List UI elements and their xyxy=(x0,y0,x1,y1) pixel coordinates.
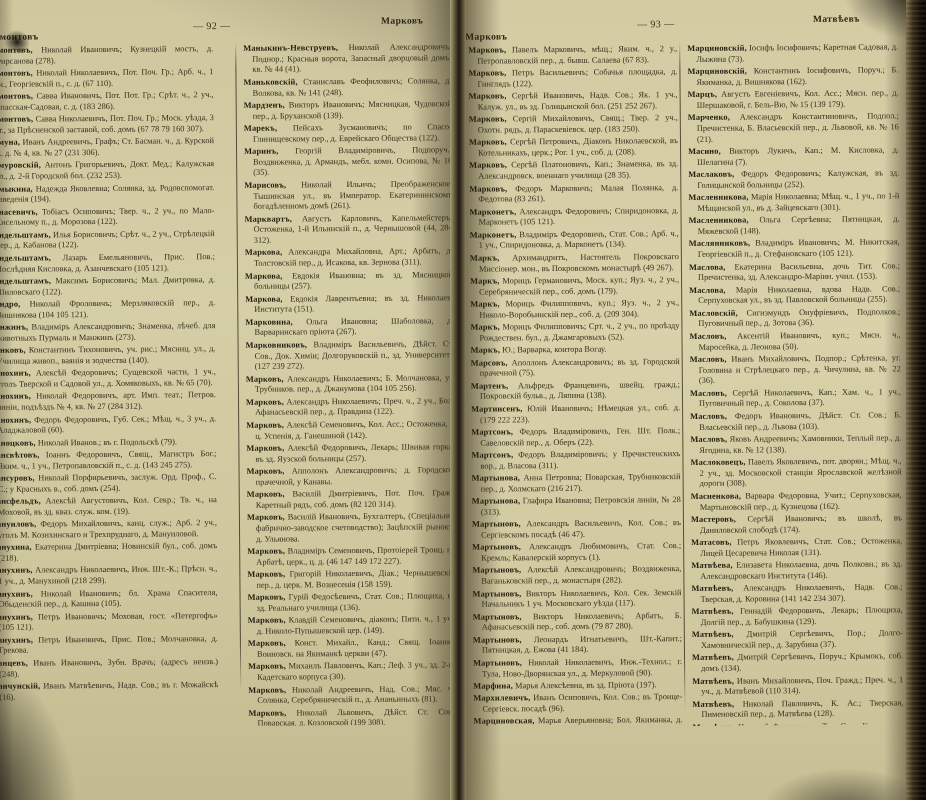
entry-details: Федоръ Ивановичъ, Дѣйст. Ст. Сов.; Б. Вл… xyxy=(699,410,901,431)
directory-entry: Мартыновъ, Викторъ Николаевичъ; Арбатъ, … xyxy=(473,611,682,634)
entry-surname: Мартыновъ, xyxy=(473,612,522,621)
directory-entry: Манухина, Екатерина Дмитріевна; Новинскі… xyxy=(0,541,217,564)
entry-surname: Манухинъ, xyxy=(0,612,33,621)
directory-entry: Мамыкина, Надежда Яковлевна; Солянка, зд… xyxy=(0,183,214,206)
directory-entry: Марковъ, Михаилъ Павловичъ, Кап.; Леф. 3… xyxy=(248,661,452,684)
entry-surname: Маньковскій, xyxy=(243,77,297,86)
entry-surname: Мартсонъ, xyxy=(471,450,513,459)
entry-surname: Матвѣевъ, xyxy=(692,653,734,662)
directory-entry: Матвѣевъ, Геннадій Федоровичъ, Лекарь; П… xyxy=(692,606,903,629)
directory-entry: Маслова, Екатерина Васильевна, дочь Тит.… xyxy=(689,261,900,284)
directory-entry: Марквартъ, Августъ Карловичъ, Капельмейс… xyxy=(245,213,452,247)
entry-details: Александра Михайловна, Арт.; Арбатъ, д. … xyxy=(254,247,452,268)
entry-details: Екатерина Дмитріевна; Новинскій бул., со… xyxy=(0,541,217,562)
entry-surname: Мамонтовъ, xyxy=(0,92,33,101)
entry-surname: Марковъ, xyxy=(468,45,506,54)
entry-surname: Марковъ, xyxy=(247,490,285,499)
directory-entry: Мартыновъ, Николай Николаевичъ, Инж.-Тех… xyxy=(473,657,682,680)
directory-entry: Мартынова, Глафира Ивановна; Петровскія … xyxy=(472,495,681,518)
entry-surname: Маркъ, xyxy=(470,253,500,262)
entry-surname: Маркъ, xyxy=(470,323,500,332)
entry-surname: Матвѣевъ, xyxy=(693,722,735,726)
entry-surname: Мартыновъ, xyxy=(472,520,521,529)
entry-surname: Марковъ, xyxy=(247,513,285,522)
entry-surname: Мартынова, xyxy=(472,496,520,505)
entry-surname: Марциновскій, xyxy=(687,67,747,76)
entry-surname: Манохинъ, xyxy=(0,415,31,424)
directory-entry: Марекъ, Пейсахъ Зусмановичъ; по Спасо-Гл… xyxy=(244,122,452,145)
entry-surname: Маркъ, xyxy=(470,299,500,308)
page-number-left: — 92 — xyxy=(193,21,230,32)
directory-entry: Марциновскій, Іосифъ Іосифовичъ; Каретна… xyxy=(687,42,898,65)
entry-details: Николай Федоровичъ, арт. Имп. теат.; Пет… xyxy=(0,390,216,411)
running-head-right: Марковъ xyxy=(381,16,423,26)
directory-entry: Маньковскій, Станиславъ Феофиловичъ; Сол… xyxy=(243,76,451,99)
directory-entry: Марцъ, Августъ Евгеніевичъ, Кол. Асс.; М… xyxy=(688,89,899,112)
directory-entry: Маныкинъ-Невструевъ, Николай Александров… xyxy=(243,42,451,76)
directory-entry: Марковъ, Сергѣй Платоновичъ, Кап.; Знаме… xyxy=(469,160,678,183)
entry-surname: Маслаковъ, xyxy=(688,170,734,179)
entry-surname: Мартинсенъ, xyxy=(471,404,522,413)
directory-entry: Маркова, Евдокія Ивановна; въ зд. Мясниц… xyxy=(245,270,452,293)
directory-entry: Матвѣевъ, Иванъ Михайловичъ, Поч. Гражд.… xyxy=(692,675,903,698)
entry-details: Морицъ Филипповичъ, куп.; Яуз. ч., 2 уч.… xyxy=(479,298,679,319)
entry-surname: Мамуна, xyxy=(0,138,20,147)
entry-details: Пейсахъ Зусмановичъ; по Спасо-Глинищевск… xyxy=(253,122,452,143)
directory-entry: Маринъ, Георгій Владиміровичъ, Подпоруч.… xyxy=(244,145,452,179)
directory-entry: Марковъ, Сергѣй Петровичъ, Діаконъ Никол… xyxy=(469,136,678,159)
entry-surname: Марковъ, xyxy=(246,397,284,406)
entry-surname: Маслова, xyxy=(689,262,726,271)
directory-entry: Марковъ, Сергѣй Ивановичъ, Надв. Сов.; Я… xyxy=(469,90,678,113)
entry-surname: Мартынова, xyxy=(472,473,520,482)
page-number-right: — 93 — xyxy=(637,19,674,30)
directory-entry: Мануиловъ, Федоръ Михайловичъ, канц. слу… xyxy=(0,518,217,541)
directory-entry: Марковъ, Василій Дмитріевичъ, Пот. Поч. … xyxy=(247,488,452,511)
entry-surname: Мамыкина, xyxy=(0,184,33,193)
left-page: Мамонтовъ — 92 — Марковъ Мамонтовъ, Нико… xyxy=(0,0,452,800)
directory-entry: Масино, Викторъ Лукичъ, Кап.; М. Кисловк… xyxy=(688,145,899,168)
entry-surname: Марковина, xyxy=(245,317,292,326)
directory-entry: Маслоковецъ, Павелъ Яковлевичъ, пот. дво… xyxy=(690,456,901,490)
directory-entry: Мандельштамъ, Максимъ Борисовичъ; Мал. Д… xyxy=(0,275,215,298)
entry-surname: Масловскій, xyxy=(689,308,738,317)
entry-surname: Марковъ, xyxy=(469,138,507,147)
entry-surname: Марковъ, xyxy=(469,115,507,124)
directory-entry: Марциновскій, Константинъ Іосифовичъ, По… xyxy=(687,65,898,88)
entry-surname: Марконетъ, xyxy=(470,230,517,239)
directory-entry: Марченко, Александръ Константиновичъ, По… xyxy=(688,112,899,146)
directory-entry: Марковъ, Павелъ Марковичъ, мѣщ.; Яким. ч… xyxy=(468,44,677,67)
entry-surname: Матасовъ, xyxy=(691,538,732,547)
entry-details: Сергѣй Платоновичъ, Кап.; Знаменка, въ з… xyxy=(478,160,678,181)
entry-surname: Маслова, xyxy=(689,285,726,294)
entry-surname: Мархилевичъ, xyxy=(473,694,530,703)
directory-entry: Манохинъ, Николай Федоровичъ, арт. Имп. … xyxy=(0,390,216,413)
directory-entry: Масненкова, Варвара Федоровна, Учит.; Се… xyxy=(691,490,902,513)
entry-surname: Мандро, xyxy=(0,300,20,309)
entry-surname: Манчунскій, xyxy=(0,681,40,690)
entry-details: Федоръ Федоровичъ, Губ. Сек.; Мѣщ. ч., 3… xyxy=(0,414,216,435)
right-page-content: Марковъ — 93 — Матвѣевъ Марковъ, Павелъ … xyxy=(466,0,906,800)
entry-details: Петръ Ивановичъ; Моховая, гост. «Петерго… xyxy=(0,611,218,632)
entry-surname: Мамуровскій, xyxy=(0,161,41,170)
running-head-left: Марковъ xyxy=(466,32,507,42)
entry-surname: Мардзенъ, xyxy=(244,100,285,109)
directory-entry: Масловъ, Яковъ Андреевичъ; Хамовники, Те… xyxy=(690,433,901,456)
entry-details: Сергѣй Петровичъ, Діаконъ Николаевской, … xyxy=(478,136,678,157)
entry-surname: Марковъ, xyxy=(469,161,507,170)
directory-entry: Маркова, Евдокія Лаврентьевна; въ зд. Ни… xyxy=(245,293,452,316)
entry-surname: Манцевъ, xyxy=(0,658,28,667)
entry-details: Евдокія Лаврентьевна; въ зд. Николаев. И… xyxy=(254,293,452,314)
entry-details: Клавдій Семеновичъ, діаконъ; Пятн. ч., 1… xyxy=(257,614,452,635)
entry-details: Аксентій Ивановичъ, куп.; Мясн. ч., Маро… xyxy=(699,330,901,351)
directory-entry: Масловскій, Сигизмундъ Онуфріевичъ, Подп… xyxy=(689,307,900,330)
entry-surname: Манковъ, xyxy=(0,346,26,355)
entry-surname: Маслоковецъ, xyxy=(690,458,745,467)
directory-entry: Мартыновъ, Александръ Васильевичъ, Кол. … xyxy=(472,518,681,541)
directory-entry: Мардзенъ, Викторъ Ивановичъ; Мясницкая, … xyxy=(244,99,452,122)
directory-column-4: Марциновскій, Іосифъ Іосифовичъ; Каретна… xyxy=(687,42,903,726)
directory-entry: Маркъ, Морицъ Филипповичъ; Срт. ч., 2 уч… xyxy=(470,321,679,344)
directory-entry: Марковъ, Алексѣй Федоровичъ, Лекарь; Шви… xyxy=(246,442,452,465)
directory-column-1: Мамонтовъ, Николай Ивановичъ; Кузнецкій … xyxy=(0,44,219,728)
directory-entry: Маслянниковъ, Владиміръ Ивановичъ; М. Ни… xyxy=(689,238,900,261)
directory-entry: Манухинъ, Александръ Николаевичъ, Инж. Ш… xyxy=(0,565,217,588)
running-head-right: Матвѣевъ xyxy=(813,15,860,25)
entry-details: Морицъ Филипповичъ; Срт. ч., 2 уч., по п… xyxy=(479,321,679,342)
entry-surname: Мандельштамъ, xyxy=(0,276,51,286)
directory-entry: Масленникова, Ольга Сергѣевна; Пятницкая… xyxy=(689,215,900,238)
directory-entry: Мартинсенъ, Юлій Ивановичъ; Нѣмецкая ул.… xyxy=(471,403,680,426)
directory-entry: Мамуровскій, Антонъ Григорьевичъ, Докт. … xyxy=(0,160,214,183)
directory-entry: Мандельштамъ, Лазарь Емельяновичъ, Прис.… xyxy=(0,252,215,275)
directory-entry: Мартенъ, Альфредъ Францевичъ, швейц. гра… xyxy=(471,380,680,403)
directory-entry: Марсовъ, Аполлонъ Александровичъ; въ зд.… xyxy=(471,357,680,380)
entry-surname: Манасевичъ, xyxy=(0,207,38,216)
entry-surname: Марковъ, xyxy=(246,374,284,383)
entry-details: Владиміръ Семеновичъ, Протоіерей Троиц. … xyxy=(256,545,452,566)
directory-entry: Мартсонъ, Федоръ Владиміровичъ; у Пречис… xyxy=(471,449,680,472)
entry-details: Николай Фроловичъ; Мерзляковскій пер., д… xyxy=(0,298,215,319)
directory-entry: Маслаковъ, Федоръ Федоровичъ; Калужская,… xyxy=(688,168,899,191)
directory-entry: Масловъ, Федоръ Ивановичъ, Дѣйст. Ст. Со… xyxy=(690,410,901,433)
book-photo: Мамонтовъ — 92 — Марковъ Мамонтовъ, Нико… xyxy=(0,0,926,800)
directory-entry: Мансуровъ, Николай Порфирьевичъ, заслуж.… xyxy=(0,472,217,495)
entry-surname: Мансуровъ, xyxy=(0,474,35,483)
directory-column-3: Марковъ, Павелъ Марковичъ, мѣщ.; Яким. ч… xyxy=(468,44,682,728)
entry-details: Александръ Николаевичъ; Преч. ч., 2 уч.,… xyxy=(255,396,452,417)
directory-entry: Марковъ, Григорій Николаевичъ, Діак.; Че… xyxy=(247,568,452,591)
entry-surname: Марциновскій, xyxy=(687,44,747,53)
entry-surname: Марковъ, xyxy=(248,685,286,694)
entry-details: Василій Дмитріевичъ, Пот. Поч. Граж.; Ка… xyxy=(256,488,452,509)
entry-details: Савва Николаевичъ, Пот. Поч. Гр.; Моск. … xyxy=(0,113,214,134)
column-divider xyxy=(235,42,241,692)
entry-surname: Масленникова, xyxy=(688,193,748,202)
entry-surname: Мартыновъ, xyxy=(473,658,522,667)
directory-entry: Маркъ, Ю.; Варварка, контора Вогау. xyxy=(471,344,680,356)
entry-surname: Марковъ, xyxy=(469,92,507,101)
entry-details: Аполлонъ Александровичъ; въ зд. Городско… xyxy=(480,357,680,378)
directory-entry: Марковъ, Петръ Васильевичъ; Собачья площ… xyxy=(468,67,677,90)
entry-surname: Мартыновъ, xyxy=(472,566,521,575)
entry-surname: Марковъ, xyxy=(248,708,286,717)
entry-surname: Масловъ, xyxy=(690,411,727,420)
directory-entry: Мамонтовъ, Савва Николаевичъ, Пот. Поч. … xyxy=(0,113,214,136)
entry-details: Константинъ Тихоновичъ, уч. рис.; Мясниц… xyxy=(0,344,216,365)
directory-entry: Марковъ, Александръ Николаевичъ; Преч. ч… xyxy=(246,396,452,419)
entry-surname: Манухинъ, xyxy=(0,589,33,598)
entry-surname: Масненкова, xyxy=(691,491,741,500)
directory-entry: Марковъ, Федоръ Марковичъ; Малая Полянка… xyxy=(469,183,678,206)
entry-surname: Манохинъ, xyxy=(0,369,31,378)
directory-entry: Мархилевичъ, Иванъ Осиповичъ, Кол. Сов.;… xyxy=(473,692,682,715)
entry-surname: Масленникова, xyxy=(689,216,749,225)
directory-entry: Марковъ, Конст. Михайл., Канд.; Свящ. Іо… xyxy=(248,638,452,661)
directory-entry: Марковъ, Николай Андреевичъ, Над. Сов.; … xyxy=(248,684,452,707)
entry-surname: Марковъ, xyxy=(248,662,286,671)
entry-details: Сергій Михайловичъ, Свящ.; Твер. 2 уч., … xyxy=(478,113,678,134)
book-edge xyxy=(906,0,926,800)
directory-entry: Матвѣевъ, Дмитрій Сергѣевичъ, Пор.; Долг… xyxy=(692,629,903,652)
directory-entry: Мансфельдъ, Алексѣй Августовичъ, Кол. Се… xyxy=(0,495,217,518)
directory-entry: Матвѣевъ, Александръ Николаевичъ, Надв. … xyxy=(691,582,902,605)
directory-entry: Марковъ, Сергій Михайловичъ, Свящ.; Твер… xyxy=(469,113,678,136)
directory-entry: Манохинъ, Федоръ Федоровичъ, Губ. Сек.; … xyxy=(0,414,216,437)
directory-entry: Мамонтовъ, Савва Ивановичъ, Пот. Пот. Гр… xyxy=(0,90,214,113)
entry-surname: Матвѣева, xyxy=(691,561,732,570)
entry-surname: Марковъ, xyxy=(246,420,284,429)
directory-entry: Марковъ, Владиміръ Семеновичъ, Протоіере… xyxy=(247,545,452,568)
entry-surname: Марцъ, xyxy=(688,90,718,99)
entry-details: Надежда Яковлевна; Солянка, зд. Родовспо… xyxy=(0,183,214,204)
entry-surname: Маркъ, xyxy=(470,276,500,285)
directory-entry: Марфина, Марья Алексѣевна, въ зд. Пріюта… xyxy=(473,680,682,692)
directory-entry: Матвѣевъ, Николай Федоровичъ, Тит. Сов.;… xyxy=(693,721,904,726)
entry-details: Алексѣй Федоровичъ; Сущевской части, 1 у… xyxy=(0,367,216,388)
entry-details: Яковъ Андреевичъ; Хамовники, Теплый пер.… xyxy=(699,433,901,454)
entry-details: Альфредъ Францевичъ, швейц. гражд.; Покр… xyxy=(480,380,680,401)
entry-surname: Мануиловъ, xyxy=(0,520,36,529)
directory-entry: Манохинъ, Алексѣй Федоровичъ; Сущевской … xyxy=(0,367,216,390)
entry-details: Михаилъ Павловичъ, Кап.; Леф. 3 уч., зд.… xyxy=(257,661,452,682)
entry-surname: Мамонтовъ, xyxy=(0,115,33,124)
entry-details: Конст. Михайл., Канд.; Свящ. Іоанно-Воин… xyxy=(257,638,452,659)
entry-details: Викторъ Лукичъ, Кап.; М. Кисловка, д. Ше… xyxy=(697,145,899,166)
entry-surname: Масловъ, xyxy=(689,332,726,341)
directory-entry: Масленникова, Марія Николаевна; Мѣщ. ч.,… xyxy=(688,192,899,215)
entry-surname: Марконетъ, xyxy=(469,207,516,216)
directory-entry: Мандельштамъ, Илья Борисовичъ; Срѣт. ч.,… xyxy=(0,229,215,252)
directory-entry: Мартыновъ, Викторъ Николаевичъ, Кол. Сек… xyxy=(472,588,681,611)
directory-entry: Манковъ, Константинъ Тихоновичъ, уч. рис… xyxy=(0,344,216,367)
entry-surname: Матвѣевъ, xyxy=(692,699,734,708)
entry-details: Владиміръ Александровичъ; Знаменка, лѣче… xyxy=(0,321,215,342)
directory-entry: Маноцковъ, Николай Иванов.; въ г. Подоль… xyxy=(0,437,216,449)
entry-surname: Мартыновъ, xyxy=(472,589,521,598)
entry-details: Николай Ивановичъ; бл. Храма Спасителя, … xyxy=(0,588,218,609)
directory-entry: Маркъ, Архимандритъ, Настоятель Покровск… xyxy=(470,252,679,275)
entry-details: Сергѣй Ивановичъ, Надв. Сов.; Як. 1 уч.,… xyxy=(478,90,678,111)
directory-entry: Марконетъ, Владиміръ Федоровичъ, Стат. С… xyxy=(470,229,679,252)
entry-details: Николай Ивановичъ; Кузнецкій мостъ, д. Ф… xyxy=(0,44,213,65)
entry-details: Алексѣй Федоровичъ, Лекарь; Швивая горка… xyxy=(255,442,452,463)
directory-entry: Мамонтовъ, Николай Ивановичъ; Кузнецкій … xyxy=(0,44,213,67)
entry-details: Василій Ивановичъ, Бухгалтеръ, (Спеціаль… xyxy=(256,511,452,543)
entry-details: Екатерина Васильевна, дочь Тит. Сов.; Пр… xyxy=(698,261,900,282)
entry-details: Петръ Ивановичъ, Прис. Пов.; Молчановка,… xyxy=(0,634,218,655)
directory-entry: Манухинъ, Николай Ивановичъ; бл. Храма С… xyxy=(0,588,218,611)
directory-entry: Матвѣевъ, Николай Павловичъ, К. Ас.; Тве… xyxy=(692,698,903,721)
entry-surname: Манухинъ, xyxy=(0,635,33,644)
directory-entry: Масловъ, Аксентій Ивановичъ, куп.; Мясн.… xyxy=(689,330,900,353)
entry-details: Александръ Николаевичъ, Инж. Шт.-К.; Прѣ… xyxy=(0,565,217,586)
directory-entry: Матасовъ, Петръ Яковлевичъ, Стат. Сов.; … xyxy=(691,536,902,559)
entry-surname: Мастеровъ, xyxy=(691,515,736,524)
directory-entry: Матвѣева, Елизавета Николаевна, дочь Пол… xyxy=(691,559,902,582)
directory-entry: Манухинъ, Петръ Ивановичъ; Моховая, гост… xyxy=(0,611,218,634)
entry-surname: Марциновская, xyxy=(473,717,534,726)
directory-entry: Масловъ, Иванъ Михайловичъ, Подпор.; Срѣ… xyxy=(690,353,901,387)
right-page: Марковъ — 93 — Матвѣевъ Марковъ, Павелъ … xyxy=(466,0,906,800)
entry-details: Марья Алексѣевна, въ зд. Пріюта (197). xyxy=(515,680,657,690)
entry-details: Августъ Евгеніевичъ, Кол. Асс.; Мясн. пе… xyxy=(697,89,899,110)
entry-surname: Матвѣевъ, xyxy=(692,607,734,616)
directory-entry: Мамонтовъ, Николай Николаевичъ, Пот. Поч… xyxy=(0,67,214,90)
directory-entry: Маслова, Марія Николаевна, вдова Надв. С… xyxy=(689,284,900,307)
entry-surname: Марквартъ, xyxy=(245,214,293,223)
entry-surname: Марекъ, xyxy=(244,124,277,133)
entry-details: Морицъ Германовичъ, Моск. куп.; Яуз. ч.,… xyxy=(479,275,679,296)
entry-details: Иванъ Ивановичъ, Зубн. Врачъ; (адресъ не… xyxy=(0,657,218,678)
entry-surname: Маныкинъ-Невструевъ, xyxy=(243,43,338,53)
entry-surname: Марченко, xyxy=(688,113,730,122)
entry-details: Апполонъ Александровичъ; д. Городской пр… xyxy=(256,465,452,486)
entry-surname: Маркова, xyxy=(245,271,283,280)
entry-surname: Марковъ, xyxy=(469,184,507,193)
directory-entry: Мастеровъ, Сергѣй Ивановичъ; въ школѣ, в… xyxy=(691,513,902,536)
entry-surname: Марковъ, xyxy=(247,467,285,476)
directory-entry: Мартыновъ, Леонардъ Игнатьевичъ, Шт.-Кап… xyxy=(473,634,682,657)
entry-surname: Мартыновъ, xyxy=(472,543,521,552)
entry-surname: Матвѣевъ, xyxy=(692,630,734,639)
entry-details: Гурій Федосѣевичъ, Стат. Сов.; Плющиха, … xyxy=(257,591,452,612)
directory-entry: Мартсонъ, Федоръ Владиміровичъ, Ген. Шт.… xyxy=(471,426,680,449)
directory-entry: Марковъ, Александръ Николаевичъ; Б. Молч… xyxy=(246,373,452,396)
entry-surname: Маринъ, xyxy=(244,147,279,156)
directory-entry: Мартынова, Анна Петровна; Поварская, Тру… xyxy=(472,472,681,495)
entry-details: Ю.; Варварка, контора Вогау. xyxy=(502,345,606,355)
entry-surname: Марковъ, xyxy=(246,443,284,452)
entry-details: Иванъ Андреевичъ, Графъ; Ст. Басман. ч.,… xyxy=(0,136,214,157)
directory-entry: Марковина, Ольга Ивановна; Шаболовка, д.… xyxy=(245,316,452,339)
entry-surname: Марсовъ, xyxy=(471,358,508,367)
entry-surname: Марфина, xyxy=(473,681,513,690)
entry-surname: Мансвѣтовъ, xyxy=(0,450,40,459)
entry-details: Петръ Васильевичъ; Собачья площадка, д. … xyxy=(477,67,677,88)
entry-surname: Маркова, xyxy=(245,248,283,257)
directory-entry: Мартыновъ, Александръ Любимовичъ, Стат. … xyxy=(472,541,681,564)
entry-details: Александръ Николаевичъ; Б. Молчановка, у… xyxy=(255,373,452,394)
directory-entry: Мамуна, Иванъ Андреевичъ, Графъ; Ст. Бас… xyxy=(0,136,214,159)
entry-details: Николай Иванов.; въ г. Подольскѣ (79). xyxy=(38,437,177,447)
directory-entry: Манухинъ, Петръ Ивановичъ, Прис. Пов.; М… xyxy=(0,634,218,657)
entry-surname: Манжинъ, xyxy=(0,323,28,332)
entry-details: Николай Львовичъ, Дѣйст. Ст. Сов.; Повар… xyxy=(258,707,452,726)
entry-surname: Мартенъ, xyxy=(471,381,509,390)
entry-details: Евдокія Ивановна; въ зд. Мясницкой больн… xyxy=(254,270,452,291)
entry-surname: Марисовъ, xyxy=(244,180,286,189)
entry-surname: Манохинъ, xyxy=(0,392,31,401)
entry-details: Архимандритъ, Настоятель Покровскаго Мис… xyxy=(479,252,679,273)
entry-details: Николай Андреевичъ, Над. Сов.; Мяс. ч., … xyxy=(257,684,452,705)
entry-details: Сергѣй Николаевичъ, Кап.; Хам. ч., 1 уч.… xyxy=(699,387,901,408)
entry-details: Павелъ Марковичъ, мѣщ.; Яким. ч., 2 у., … xyxy=(477,44,677,65)
directory-entry: Мартыновъ, Алексѣй Александровичъ; Воздв… xyxy=(472,564,681,587)
entry-surname: Марковъ, xyxy=(247,547,285,556)
entry-surname: Масловъ, xyxy=(690,388,727,397)
entry-surname: Марковъ, xyxy=(248,616,286,625)
directory-entry: Манчунскій, Иванъ Матвѣевичъ, Надв. Сов.… xyxy=(0,680,218,703)
entry-surname: Маркова, xyxy=(245,294,283,303)
entry-details: Григорій Николаевичъ, Діак.; Чернышевскі… xyxy=(256,568,452,589)
directory-entry: Маркъ, Морицъ Германовичъ, Моск. куп.; Я… xyxy=(470,275,679,298)
entry-details: Марія Николаевна, вдова Надв. Сов.; Серп… xyxy=(698,284,900,305)
directory-entry: Марковъ, Апполонъ Александровичъ; д. Гор… xyxy=(247,465,452,488)
directory-entry: Манжинъ, Владиміръ Александровичъ; Знаме… xyxy=(0,321,216,344)
entry-details: Георгій Владиміровичъ, Подпоруч.; Воздви… xyxy=(253,145,452,177)
entry-surname: Масино, xyxy=(688,147,721,156)
directory-entry: Мандро, Николай Фроловичъ; Мерзляковскій… xyxy=(0,298,215,321)
entry-surname: Мартыновъ, xyxy=(473,635,522,644)
entry-surname: Мансфельдъ, xyxy=(0,497,41,506)
left-page-content: Мамонтовъ — 92 — Марковъ Мамонтовъ, Нико… xyxy=(0,0,452,800)
entry-surname: Матвѣевъ, xyxy=(692,676,734,685)
directory-entry: Марковъ, Василій Ивановичъ, Бухгалтеръ, … xyxy=(247,511,452,545)
entry-surname: Маслянниковъ, xyxy=(689,239,751,248)
entry-details: Иванъ Михайловичъ, Подпор.; Срѣтенка, уг… xyxy=(699,353,901,385)
entry-details: Алексѣй Семеновичъ, Кол. Асс.; Остоженка… xyxy=(255,419,452,440)
entry-surname: Мамонтовъ, xyxy=(0,69,33,78)
directory-entry: Масловъ, Сергѣй Николаевичъ, Кап.; Хам. … xyxy=(690,387,901,410)
entry-surname: Марковниковъ, xyxy=(246,340,308,349)
directory-entry: Манасевичъ, Тобіасъ Осиповичъ; Твер. ч.,… xyxy=(0,206,215,229)
directory-entry: Марконетъ, Александръ Федоровичъ; Спирид… xyxy=(469,206,678,229)
entry-details: Николай Николаевичъ, Пот. Поч. Гр.; Арб.… xyxy=(0,67,213,88)
directory-entry: Марковъ, Клавдій Семеновичъ, діаконъ; Пя… xyxy=(248,614,452,637)
entry-surname: Марковъ, xyxy=(248,639,286,648)
directory-entry: Марковъ, Гурій Федосѣевичъ, Стат. Сов.; … xyxy=(248,591,452,614)
entry-surname: Мандельштамъ, xyxy=(0,253,51,263)
directory-entry: Матвѣевъ, Дмитрій Сергѣевичъ, Поруч.; Кр… xyxy=(692,652,903,675)
directory-entry: Маркъ, Морицъ Филипповичъ, куп.; Яуз. ч.… xyxy=(470,298,679,321)
entry-surname: Матвѣевъ, xyxy=(691,584,733,593)
entry-surname: Манухинъ, xyxy=(0,566,33,575)
entry-details: Федоръ Марковичъ; Малая Полянка, д. Федо… xyxy=(478,183,678,204)
entry-surname: Мандельштамъ, xyxy=(0,230,51,240)
directory-entry: Марковъ, Алексѣй Семеновичъ, Кол. Асс.; … xyxy=(246,419,452,442)
entry-surname: Марковъ, xyxy=(247,570,285,579)
entry-surname: Маноцковъ, xyxy=(0,438,36,447)
entry-surname: Манухина, xyxy=(0,543,32,552)
entry-surname: Марковъ, xyxy=(468,68,506,77)
directory-entry: Марисовъ, Николай Ильичъ; Преображенское… xyxy=(244,179,452,213)
entry-surname: Марковъ, xyxy=(248,593,286,602)
entry-surname: Масловъ, xyxy=(690,435,727,444)
directory-column-2: Маныкинъ-Невструевъ, Николай Александров… xyxy=(243,42,452,726)
